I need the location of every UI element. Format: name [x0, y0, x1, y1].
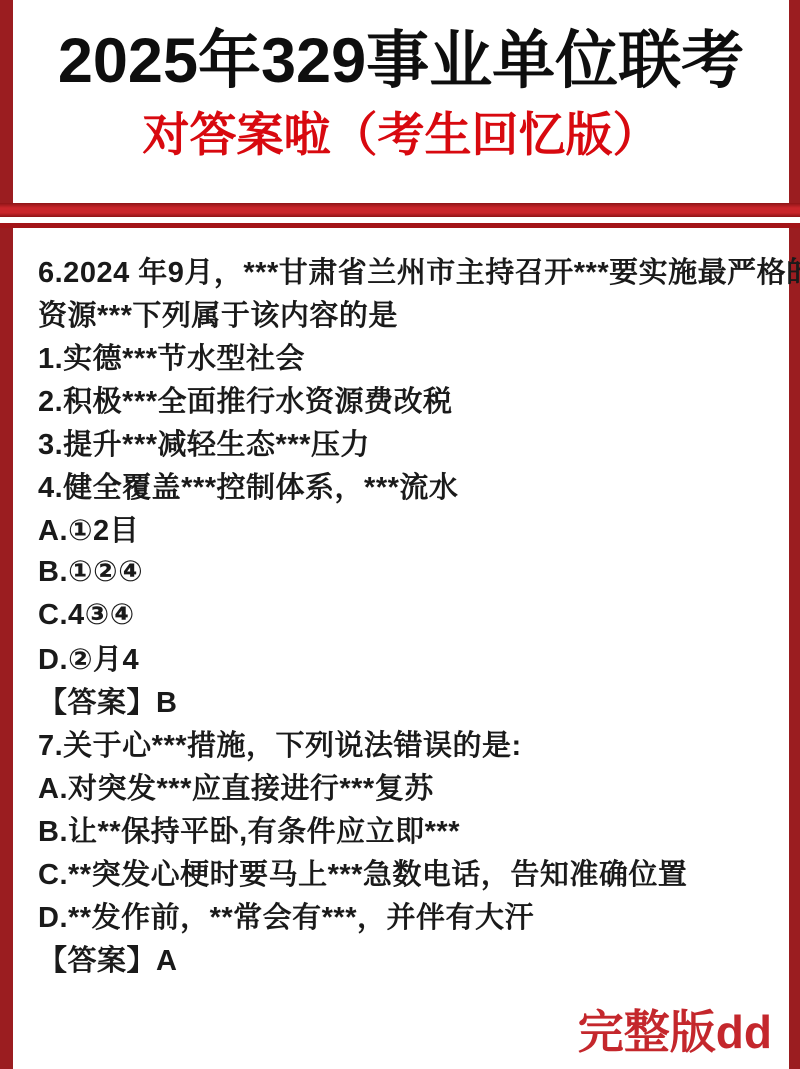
q6-item-1: 1.实德***节水型社会	[38, 335, 776, 378]
q6-stem-line-1: 6.2024 年9月，***甘肃省兰州市主持召开***要实施最严格的水	[38, 249, 776, 292]
q6-option-d: D.②月4	[38, 636, 776, 679]
left-border-bar	[0, 0, 13, 1069]
q7-answer: 【答案】A	[38, 937, 776, 980]
q6-option-b: B.①②④	[38, 550, 776, 593]
double-rule-divider	[0, 203, 800, 228]
q6-item-4: 4.健全覆盖***控制体系，***流水	[38, 464, 776, 507]
q6-item-2: 2.积极***全面推行水资源费改税	[38, 378, 776, 421]
divider-thin-line	[0, 223, 800, 228]
q7-option-a: A.对突发***应直接进行***复苏	[38, 765, 776, 808]
questions-body: 6.2024 年9月，***甘肃省兰州市主持召开***要实施最严格的水 资源**…	[38, 249, 776, 980]
watermark-text: 完整版dd	[578, 996, 772, 1062]
q7-stem-line-1: 7.关于心***措施，下列说法错误的是:	[38, 722, 776, 765]
header: 2025年329事业单位联考 对答案啦（考生回忆版）	[13, 0, 789, 160]
q6-item-3: 3.提升***减轻生态***压力	[38, 421, 776, 464]
q7-option-c: C.**突发心梗时要马上***急数电话，告知准确位置	[38, 851, 776, 894]
q6-answer: 【答案】B	[38, 679, 776, 722]
page-background: 2025年329事业单位联考 对答案啦（考生回忆版） 6.2024 年9月，**…	[0, 0, 800, 1069]
q6-stem-line-2: 资源***下列属于该内容的是	[38, 292, 776, 335]
q7-option-d: D.**发作前，**常会有***，并伴有大汗	[38, 894, 776, 937]
q6-option-c: C.4③④	[38, 593, 776, 636]
divider-thick-line	[0, 203, 800, 217]
q6-option-a: A.①2目	[38, 507, 776, 550]
right-border-bar	[789, 0, 800, 1069]
page-title: 2025年329事业单位联考	[13, 26, 789, 97]
page-subtitle: 对答案啦（考生回忆版）	[13, 109, 789, 161]
q7-option-b: B.让**保持平卧,有条件应立即***	[38, 808, 776, 851]
